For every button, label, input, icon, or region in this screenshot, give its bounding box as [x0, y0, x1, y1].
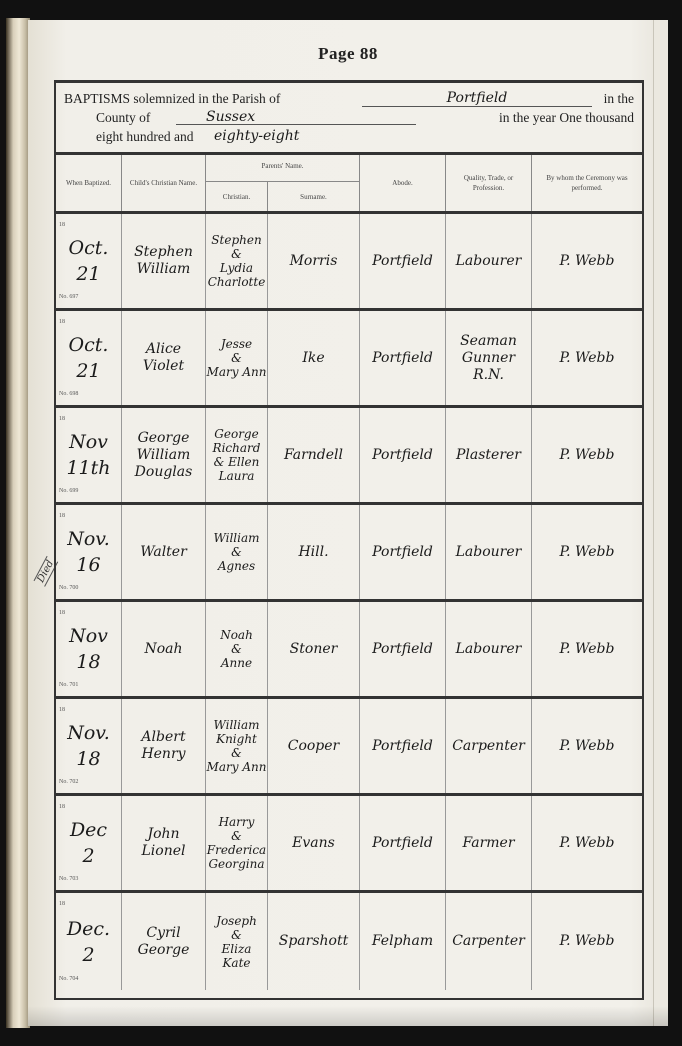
- officiant-cell: P. Webb: [532, 699, 642, 793]
- officiant-cell: P. Webb: [532, 214, 642, 308]
- trade-cell: Farmer: [446, 796, 532, 890]
- year-prefix: 18: [59, 799, 65, 816]
- officiant-cell: P. Webb: [532, 893, 642, 990]
- baptism-date: Nov 18: [69, 623, 108, 675]
- parents-surname-cell: Hill.: [268, 505, 360, 599]
- child-name-cell: Stephen William: [122, 214, 206, 308]
- entry-number: No. 700: [59, 580, 78, 597]
- when-baptized-cell: 18 Oct. 21 No. 697: [56, 214, 122, 308]
- col-by-whom: By whom the Ceremony was performed.: [532, 155, 642, 211]
- register-entry: 18 Nov. 16 No. 700 Walter William & Agne…: [56, 505, 642, 602]
- baptism-date: Nov. 16: [67, 526, 110, 578]
- trade-cell: Carpenter: [446, 893, 532, 990]
- register-entry: 18 Dec 2 No. 703 John Lionel Harry & Fre…: [56, 796, 642, 893]
- entry-number: No. 704: [59, 971, 78, 988]
- officiant-cell: P. Webb: [532, 408, 642, 502]
- entry-number: No. 701: [59, 677, 78, 694]
- parents-christian-cell: William Knight & Mary Ann: [206, 699, 268, 793]
- register-entry: 18 Nov. 18 No. 702 Albert Henry William …: [56, 699, 642, 796]
- register-heading: BAPTISMS solemnized in the Parish of Por…: [64, 89, 636, 149]
- year-prefix: 18: [59, 508, 65, 525]
- trade-cell: Labourer: [446, 602, 532, 696]
- parish-field: Portfield: [362, 90, 592, 107]
- officiant-cell: P. Webb: [532, 311, 642, 405]
- parents-christian-cell: Noah & Anne: [206, 602, 268, 696]
- county-field: Sussex: [176, 109, 416, 125]
- parents-christian-cell: George Richard & Ellen Laura: [206, 408, 268, 502]
- when-baptized-cell: 18 Oct. 21 No. 698: [56, 311, 122, 405]
- when-baptized-cell: 18 Dec. 2 No. 704: [56, 893, 122, 990]
- entry-number: No. 699: [59, 483, 78, 500]
- parents-surname-cell: Evans: [268, 796, 360, 890]
- parents-surname-cell: Sparshott: [268, 893, 360, 990]
- when-baptized-cell: 18 Nov. 18 No. 702: [56, 699, 122, 793]
- year-prefix: 18: [59, 411, 65, 428]
- heading-in-the: in the: [604, 89, 634, 108]
- heading-prefix: BAPTISMS solemnized in the Parish of: [64, 89, 280, 108]
- col-parents-christian: Christian.: [206, 181, 268, 211]
- baptism-date: Oct. 21: [69, 235, 109, 287]
- parents-surname-cell: Morris: [268, 214, 360, 308]
- parents-surname-cell: Cooper: [268, 699, 360, 793]
- year-prefix: 18: [59, 896, 65, 913]
- baptism-date: Dec. 2: [67, 916, 110, 968]
- when-baptized-cell: 18 Nov 18 No. 701: [56, 602, 122, 696]
- baptism-date: Nov. 18: [67, 720, 110, 772]
- register-entry: 18 Oct. 21 No. 697 Stephen William Steph…: [56, 214, 642, 311]
- child-name-cell: John Lionel: [122, 796, 206, 890]
- when-baptized-cell: 18 Nov 11th No. 699: [56, 408, 122, 502]
- abode-cell: Portfield: [360, 214, 446, 308]
- when-baptized-cell: 18 Nov. 16 No. 700: [56, 505, 122, 599]
- page-title: Page 88: [28, 44, 668, 64]
- trade-cell: Labourer: [446, 505, 532, 599]
- trade-cell: Plasterer: [446, 408, 532, 502]
- baptism-register-table: BAPTISMS solemnized in the Parish of Por…: [54, 80, 644, 1000]
- baptism-date: Dec 2: [70, 817, 107, 869]
- trade-cell: Carpenter: [446, 699, 532, 793]
- abode-cell: Portfield: [360, 311, 446, 405]
- col-abode: Abode.: [360, 155, 446, 211]
- col-parents-surname: Surname.: [268, 181, 360, 211]
- parents-name-label: Parents' Name.: [261, 161, 303, 171]
- parents-christian-cell: Stephen & Lydia Charlotte: [206, 214, 268, 308]
- abode-cell: Portfield: [360, 505, 446, 599]
- parents-surname-cell: Farndell: [268, 408, 360, 502]
- trade-cell: Seaman Gunner R.N.: [446, 311, 532, 405]
- col-child-name: Child's Christian Name.: [122, 155, 206, 211]
- year-prefix: 18: [59, 217, 65, 234]
- officiant-cell: P. Webb: [532, 602, 642, 696]
- child-name-cell: Noah: [122, 602, 206, 696]
- parents-christian-cell: Harry & Frederica Georgina: [206, 796, 268, 890]
- county-label: County of: [96, 108, 150, 127]
- child-name-cell: Cyril George: [122, 893, 206, 990]
- abode-cell: Portfield: [360, 602, 446, 696]
- when-baptized-cell: 18 Dec 2 No. 703: [56, 796, 122, 890]
- register-entry: 18 Nov 11th No. 699 George William Dougl…: [56, 408, 642, 505]
- entry-number: No. 697: [59, 289, 78, 306]
- year-prefix: 18: [59, 314, 65, 331]
- col-trade: Quality, Trade, or Profession.: [446, 155, 532, 211]
- column-headers: When Baptized. Child's Christian Name. P…: [56, 155, 642, 211]
- year-prefix: in the year One thousand: [499, 108, 634, 127]
- entry-number: No. 703: [59, 871, 78, 888]
- page-shadow: [28, 1006, 668, 1026]
- col-when-baptized: When Baptized.: [56, 155, 122, 211]
- register-page: Page 88 Died BAPTISMS solemnized in the …: [28, 20, 668, 1026]
- register-entry: 18 Nov 18 No. 701 Noah Noah & Anne Stone…: [56, 602, 642, 699]
- year-prefix: 18: [59, 702, 65, 719]
- child-name-cell: Albert Henry: [122, 699, 206, 793]
- child-name-cell: Walter: [122, 505, 206, 599]
- book-binding: [6, 18, 30, 1028]
- entry-number: No. 698: [59, 386, 78, 403]
- baptism-date: Oct. 21: [69, 332, 109, 384]
- eight-hundred-label: eight hundred and: [96, 127, 193, 146]
- abode-cell: Portfield: [360, 699, 446, 793]
- officiant-cell: P. Webb: [532, 796, 642, 890]
- page-edge: [653, 20, 668, 1026]
- register-entry: 18 Dec. 2 No. 704 Cyril George Joseph & …: [56, 893, 642, 990]
- abode-cell: Portfield: [360, 408, 446, 502]
- abode-cell: Felpham: [360, 893, 446, 990]
- abode-cell: Portfield: [360, 796, 446, 890]
- year-prefix: 18: [59, 605, 65, 622]
- register-entry: 18 Oct. 21 No. 698 Alice Violet Jesse & …: [56, 311, 642, 408]
- year-words-field: eighty-eight: [214, 128, 344, 144]
- parents-surname-cell: Stoner: [268, 602, 360, 696]
- parents-christian-cell: Joseph & Eliza Kate: [206, 893, 268, 990]
- entry-number: No. 702: [59, 774, 78, 791]
- child-name-cell: Alice Violet: [122, 311, 206, 405]
- officiant-cell: P. Webb: [532, 505, 642, 599]
- trade-cell: Labourer: [446, 214, 532, 308]
- baptism-date: Nov 11th: [66, 429, 110, 481]
- parents-christian-cell: William & Agnes: [206, 505, 268, 599]
- parents-christian-cell: Jesse & Mary Ann: [206, 311, 268, 405]
- child-name-cell: George William Douglas: [122, 408, 206, 502]
- parents-surname-cell: Ike: [268, 311, 360, 405]
